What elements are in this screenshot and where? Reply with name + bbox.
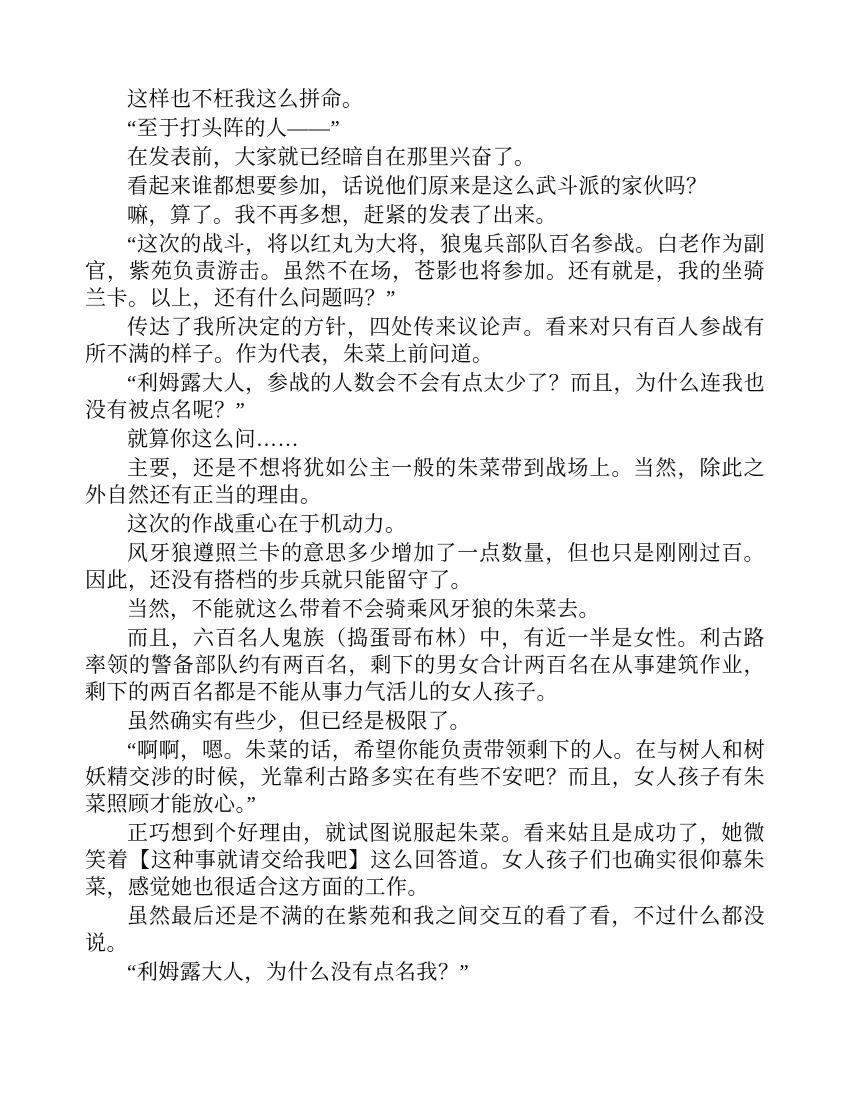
paragraph: 正巧想到个好理由，就试图说服起朱菜。看来姑且是成功了，她微笑着【这种事就请交给我… — [85, 820, 765, 901]
paragraph: “这次的战斗，将以红丸为大将，狼鬼兵部队百名参战。白老作为副官，紫苑负责游击。虽… — [85, 231, 765, 312]
paragraph: 嘛，算了。我不再多想，赶紧的发表了出来。 — [85, 202, 765, 229]
paragraph: 主要，还是不想将犹如公主一般的朱菜带到战场上。当然，除此之外自然还有正当的理由。 — [85, 455, 765, 509]
paragraph: 虽然最后还是不满的在紫苑和我之间交互的看了看，不过什么都没说。 — [85, 903, 765, 957]
paragraph: 风牙狼遵照兰卡的意思多少增加了一点数量，但也只是刚刚过百。因此，还没有搭档的步兵… — [85, 540, 765, 594]
paragraph: “啊啊，嗯。朱菜的话，希望你能负责带领剩下的人。在与树人和树妖精交涉的时候，光靠… — [85, 737, 765, 818]
paragraph: 在发表前，大家就已经暗自在那里兴奋了。 — [85, 144, 765, 171]
paragraph: 虽然确实有些少，但已经是极限了。 — [85, 708, 765, 735]
paragraph: 就算你这么问…… — [85, 426, 765, 453]
paragraph: “至于打头阵的人——” — [85, 115, 765, 142]
paragraph: “利姆露大人，参战的人数会不会有点太少了？而且，为什么连我也没有被点名呢？” — [85, 370, 765, 424]
paragraph: 当然，不能就这么带着不会骑乘风牙狼的朱菜去。 — [85, 596, 765, 623]
paragraph: 而且，六百名人鬼族（捣蛋哥布林）中，有近一半是女性。利古路率领的警备部队约有两百… — [85, 625, 765, 706]
paragraph: “利姆露大人，为什么没有点名我？” — [85, 959, 765, 986]
paragraph: 这样也不枉我这么拼命。 — [85, 86, 765, 113]
paragraph: 看起来谁都想要参加，话说他们原来是这么武斗派的家伙吗？ — [85, 173, 765, 200]
paragraph: 这次的作战重心在于机动力。 — [85, 511, 765, 538]
document-page: 这样也不枉我这么拼命。 “至于打头阵的人——” 在发表前，大家就已经暗自在那里兴… — [0, 0, 850, 1100]
paragraph: 传达了我所决定的方针，四处传来议论声。看来对只有百人参战有所不满的样子。作为代表… — [85, 314, 765, 368]
